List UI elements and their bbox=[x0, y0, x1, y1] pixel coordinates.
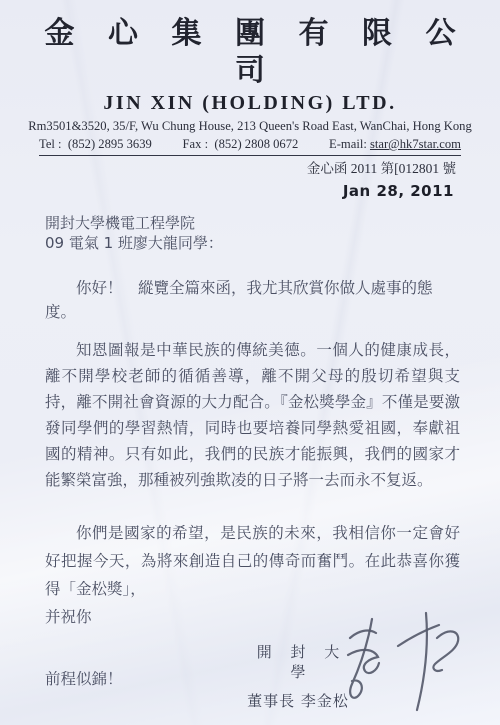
email: E-mail: star@hk7star.com bbox=[329, 136, 461, 152]
fax-value: (852) 2808 0672 bbox=[214, 137, 298, 151]
company-name-chinese: 金 心 集 團 有 限 公 司 bbox=[0, 15, 500, 89]
paragraph-greeting: 你好！ 縱覽全篇來函，我尤其欣賞你做人處事的態度。 bbox=[45, 276, 460, 324]
fax: Fax : (852) 2808 0672 bbox=[183, 136, 299, 152]
scanned-letter-page: 金 心 集 團 有 限 公 司 JIN XIN (HOLDING) LTD. R… bbox=[0, 0, 500, 725]
email-label: E-mail: bbox=[329, 137, 367, 151]
recipient-block: 開封大學機電工程學院 09 電氣 1 班廖大龍同學： bbox=[45, 213, 460, 253]
company-address: Rm3501&3520, 35/F, Wu Chung House, 213 Q… bbox=[0, 118, 500, 134]
paragraph-main: 知恩圖報是中華民族的傳統美德。一個人的健康成長，離不開學校老師的循循善導，離不開… bbox=[45, 337, 460, 493]
handwritten-signature-icon bbox=[336, 606, 468, 724]
email-value: star@hk7star.com bbox=[370, 137, 461, 151]
fax-label: Fax : bbox=[183, 137, 209, 151]
tel-label: Tel : bbox=[39, 137, 62, 151]
recipient-student: 09 電氣 1 班廖大龍同學： bbox=[45, 233, 460, 253]
tel-value: (852) 2895 3639 bbox=[68, 137, 152, 151]
telephone: Tel : (852) 2895 3639 bbox=[39, 136, 152, 152]
contact-row: Tel : (852) 2895 3639 Fax : (852) 2808 0… bbox=[39, 136, 461, 156]
company-name-english: JIN XIN (HOLDING) LTD. bbox=[0, 91, 500, 115]
letter-date: Jan 28, 2011 bbox=[0, 182, 454, 200]
reference-number: 金心函 2011 第[012801 號 bbox=[0, 160, 456, 177]
recipient-institution: 開封大學機電工程學院 bbox=[45, 213, 460, 233]
letterhead: 金 心 集 團 有 限 公 司 JIN XIN (HOLDING) LTD. R… bbox=[0, 0, 500, 200]
paragraph-encouragement: 你們是國家的希望，是民族的未來，我相信你一定會好好把握今天，為將來創造自己的傳奇… bbox=[45, 519, 460, 603]
